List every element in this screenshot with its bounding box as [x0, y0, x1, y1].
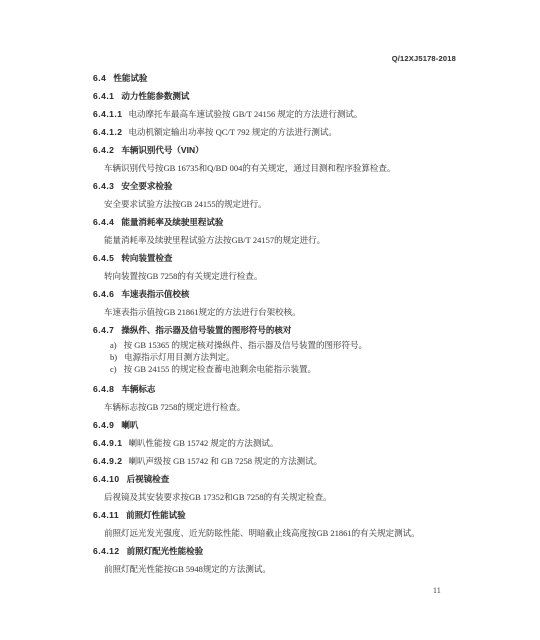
heading-title: 喇叭: [121, 416, 138, 434]
clause-text: 电动摩托车最高车速试验按 GB/T 24156 规定的方法进行测试。: [129, 105, 363, 123]
heading-title: 后视镜检查: [127, 470, 170, 488]
list-text: 电源指示灯用目测方法判定。: [124, 351, 235, 363]
clause-number: 6.4.10: [93, 470, 120, 488]
clause-line: 6.4.1.1电动摩托车最高车速试验按 GB/T 24156 规定的方法进行测试…: [93, 105, 493, 123]
clause-number: 6.4.2: [93, 141, 114, 159]
clause-line: 6.4.1.2电动机额定输出功率按 QC/T 792 规定的方法进行测试。: [93, 123, 493, 141]
clause-number: 6.4.1: [93, 87, 114, 105]
section-heading: 6.4.4能量消耗率及续驶里程试验: [93, 213, 493, 231]
list-item: c)按 GB 24155 的规定检查蓄电池剩余电能指示装置。: [93, 363, 493, 375]
heading-title: 转向装置检查: [121, 249, 172, 267]
paragraph: 前照灯配光性能按GB 5948规定的方法测试。: [93, 560, 493, 578]
paragraph: 前照灯远光发光强度、近光防眩性能、明暗截止线高度按GB 21861的有关规定测试…: [93, 524, 493, 542]
paragraph-text: 安全要求试验方法按GB 24155的规定进行。: [104, 195, 267, 213]
list-item: b)电源指示灯用目测方法判定。: [93, 351, 493, 363]
section-heading: 6.4.10后视镜检查: [93, 470, 493, 488]
paragraph: 车辆标志按GB 7258的规定进行检查。: [93, 398, 493, 416]
clause-number: 6.4.1.1: [93, 105, 123, 123]
clause-number: 6.4.11: [93, 506, 119, 524]
section-heading: 6.4.5转向装置检查: [93, 249, 493, 267]
clause-number: 6.4.3: [93, 177, 114, 195]
section-heading: 6.4.7操纵件、指示器及信号装置的图形符号的核对: [93, 321, 493, 339]
paragraph: 安全要求试验方法按GB 24155的规定进行。: [93, 195, 493, 213]
list-marker: c): [110, 363, 117, 375]
section-heading: 6.4.3安全要求检验: [93, 177, 493, 195]
clause-number: 6.4.6: [93, 285, 114, 303]
clause-text: 电动机额定输出功率按 QC/T 792 规定的方法进行测试。: [129, 123, 337, 141]
section-heading: 6.4.11前照灯性能试验: [93, 506, 493, 524]
paragraph: 后视镜及其安装要求按GB 17352和GB 7258的有关规定检查。: [93, 488, 493, 506]
list-text: 按 GB 24155 的规定检查蓄电池剩余电能指示装置。: [124, 363, 316, 375]
clause-number: 6.4.9: [93, 416, 114, 434]
paragraph-text: 能量消耗率及续驶里程试验方法按GB/T 24157的规定进行。: [104, 231, 325, 249]
list-marker: a): [110, 339, 117, 351]
section-heading: 6.4.2车辆识别代号（VIN）: [93, 141, 493, 159]
section-heading: 6.4.6车速表指示值校核: [93, 285, 493, 303]
doc-code: Q/12XJ5178-2018: [392, 54, 456, 63]
section-heading: 6.4.1动力性能参数测试: [93, 87, 493, 105]
section-heading: 6.4.9喇叭: [93, 416, 493, 434]
heading-title: 动力性能参数测试: [121, 87, 189, 105]
heading-title: 前照灯配光性能检验: [127, 542, 204, 560]
paragraph: 车辆识别代号按GB 16735和Q/BD 004的有关规定，通过目测和程序验算检…: [93, 159, 493, 177]
heading-title: 能量消耗率及续驶里程试验: [121, 213, 223, 231]
list-text: 按 GB 15365 的规定核对操纵件、指示器及信号装置的图形符号。: [124, 339, 367, 351]
section-heading: 6.4性能试验: [93, 69, 493, 87]
clause-number: 6.4.8: [93, 380, 114, 398]
paragraph: 能量消耗率及续驶里程试验方法按GB/T 24157的规定进行。: [93, 231, 493, 249]
heading-title: 安全要求检验: [121, 177, 172, 195]
paragraph-text: 转向装置按GB 7258的有关规定进行检查。: [104, 267, 262, 285]
page-number: 11: [433, 586, 441, 595]
clause-number: 6.4: [93, 69, 106, 87]
list-item: a)按 GB 15365 的规定核对操纵件、指示器及信号装置的图形符号。: [93, 339, 493, 351]
document-body: 6.4性能试验6.4.1动力性能参数测试6.4.1.1电动摩托车最高车速试验按 …: [93, 69, 493, 578]
paragraph-text: 前照灯远光发光强度、近光防眩性能、明暗截止线高度按GB 21861的有关规定测试…: [104, 524, 420, 542]
clause-line: 6.4.9.1喇叭性能按 GB 15742 规定的方法测试。: [93, 434, 493, 452]
section-heading: 6.4.8车辆标志: [93, 380, 493, 398]
paragraph-text: 后视镜及其安装要求按GB 17352和GB 7258的有关规定检查。: [104, 488, 332, 506]
heading-title: 性能试验: [113, 69, 147, 87]
clause-text: 喇叭性能按 GB 15742 规定的方法测试。: [129, 434, 279, 452]
heading-title: 车辆标志: [121, 380, 155, 398]
section-heading: 6.4.12前照灯配光性能检验: [93, 542, 493, 560]
paragraph: 车速表指示值按GB 21861规定的方法进行台架校核。: [93, 303, 493, 321]
paragraph: 转向装置按GB 7258的有关规定进行检查。: [93, 267, 493, 285]
clause-text: 喇叭声级按 GB 15742 和 GB 7258 规定的方法测试。: [129, 452, 323, 470]
clause-number: 6.4.9.1: [93, 434, 123, 452]
clause-number: 6.4.5: [93, 249, 114, 267]
paragraph-text: 车辆标志按GB 7258的规定进行检查。: [104, 398, 245, 416]
clause-number: 6.4.9.2: [93, 452, 123, 470]
paragraph-text: 车速表指示值按GB 21861规定的方法进行台架校核。: [104, 303, 301, 321]
heading-title: 车速表指示值校核: [121, 285, 189, 303]
heading-title: 操纵件、指示器及信号装置的图形符号的核对: [121, 321, 291, 339]
paragraph-text: 车辆识别代号按GB 16735和Q/BD 004的有关规定，通过目测和程序验算检…: [104, 159, 395, 177]
heading-title: 车辆识别代号（VIN）: [121, 141, 203, 159]
paragraph-text: 前照灯配光性能按GB 5948规定的方法测试。: [104, 560, 271, 578]
list-marker: b): [110, 351, 117, 363]
clause-number: 6.4.4: [93, 213, 114, 231]
clause-number: 6.4.12: [93, 542, 120, 560]
document-page: Q/12XJ5178-2018 6.4性能试验6.4.1动力性能参数测试6.4.…: [0, 0, 540, 640]
clause-line: 6.4.9.2喇叭声级按 GB 15742 和 GB 7258 规定的方法测试。: [93, 452, 493, 470]
clause-number: 6.4.1.2: [93, 123, 123, 141]
heading-title: 前照灯性能试验: [126, 506, 186, 524]
clause-number: 6.4.7: [93, 321, 114, 339]
